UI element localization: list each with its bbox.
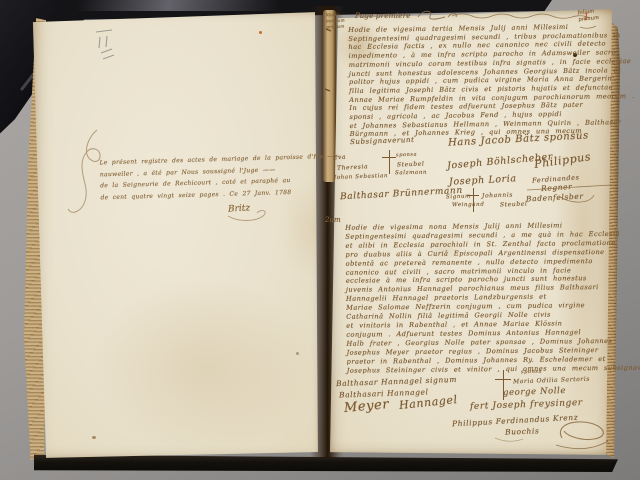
cover-top-sheen — [78, 0, 278, 11]
scanner-background: Le présent registre des actes de mariage… — [0, 0, 640, 480]
fox-spot — [92, 436, 96, 439]
margin-note-line: primum — [326, 25, 345, 32]
water-stain — [90, 276, 320, 458]
pencil-folio-mark — [94, 29, 118, 63]
register-entry-2-text: Hodie die vigesima nona Mensis Julij ann… — [345, 220, 640, 375]
margin-note-matrimonium: Matri-moniumprimum — [326, 13, 346, 32]
fox-spot — [259, 31, 262, 34]
entry-2-margin-number: 2um — [325, 216, 341, 224]
left-page — [30, 8, 322, 462]
corner-note-folium-primum: foliumprimum — [577, 8, 599, 23]
fox-spot — [296, 352, 299, 355]
certification-note: Le présent registre des actes de mariage… — [99, 151, 341, 204]
page-header: Page premiere — [355, 11, 411, 20]
certifier-signature: Britz — [228, 203, 251, 214]
register-entry-1-text: Hodie die vigesima tertia Mensis Julij a… — [348, 22, 635, 139]
